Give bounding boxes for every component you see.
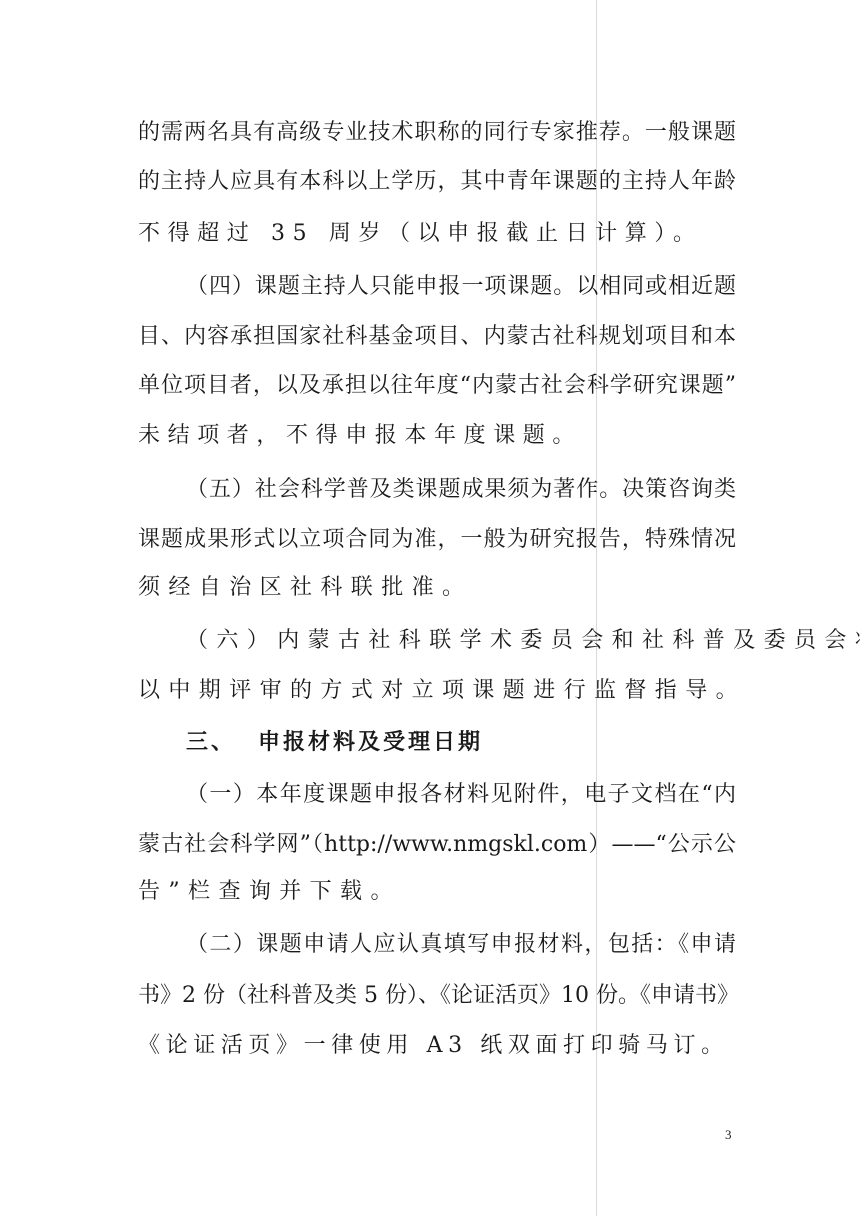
text-line: 以中期评审的方式对立项课题进行监督指导。 (138, 676, 738, 706)
document-page: 的需两名具有高级专业技术职称的同行专家推荐。一般课题 的主持人应具有本科以上学历… (0, 0, 860, 1216)
text-line: 的需两名具有高级专业技术职称的同行专家推荐。一般课题 (138, 118, 736, 148)
section-number: 三、 (186, 730, 236, 755)
text-line: （六）内蒙古社科联学术委员会和社科普及委员会将 (186, 626, 786, 656)
text-line: 书》2 份（社科普及类 5 份）、《论证活页》10 份。《申请书》 (138, 981, 736, 1011)
text-line: （二）课题申请人应认真填写申报材料，包括：《申请 (186, 930, 736, 960)
text-line: 《论证活页》一律使用 A3 纸双面打印骑马订。 (138, 1031, 738, 1061)
text-line: 目、内容承担国家社科基金项目、内蒙古社科规划项目和本 (138, 322, 736, 352)
text-line: （五）社会科学普及类课题成果须为著作。决策咨询类 (186, 475, 736, 505)
text-line: 蒙古社会科学网”（http://www.nmgskl.com）——“公示公 (138, 830, 736, 860)
text-line: 课题成果形式以立项合同为准，一般为研究报告，特殊情况 (138, 525, 736, 555)
text-line: 未结项者，不得申报本年度课题。 (138, 421, 738, 451)
text-line: 告”栏查询并下载。 (138, 877, 738, 907)
text-line: （四）课题主持人只能申报一项课题。以相同或相近题 (186, 272, 736, 302)
text-line: （一）本年度课题申报各材料见附件，电子文档在“内 (186, 780, 736, 810)
text-line: 不得超过 35 周岁（以申报截止日计算）。 (138, 219, 738, 249)
section-title: 申报材料及受理日期 (258, 730, 483, 755)
page-number: 3 (725, 1127, 732, 1143)
text-line: 的主持人应具有本科以上学历，其中青年课题的主持人年龄 (138, 167, 736, 197)
section-heading: 三、申报材料及受理日期 (186, 728, 483, 758)
text-line: 单位项目者，以及承担以往年度“内蒙古社会科学研究课题” (138, 371, 736, 401)
text-line: 须经自治区社科联批准。 (138, 573, 738, 603)
